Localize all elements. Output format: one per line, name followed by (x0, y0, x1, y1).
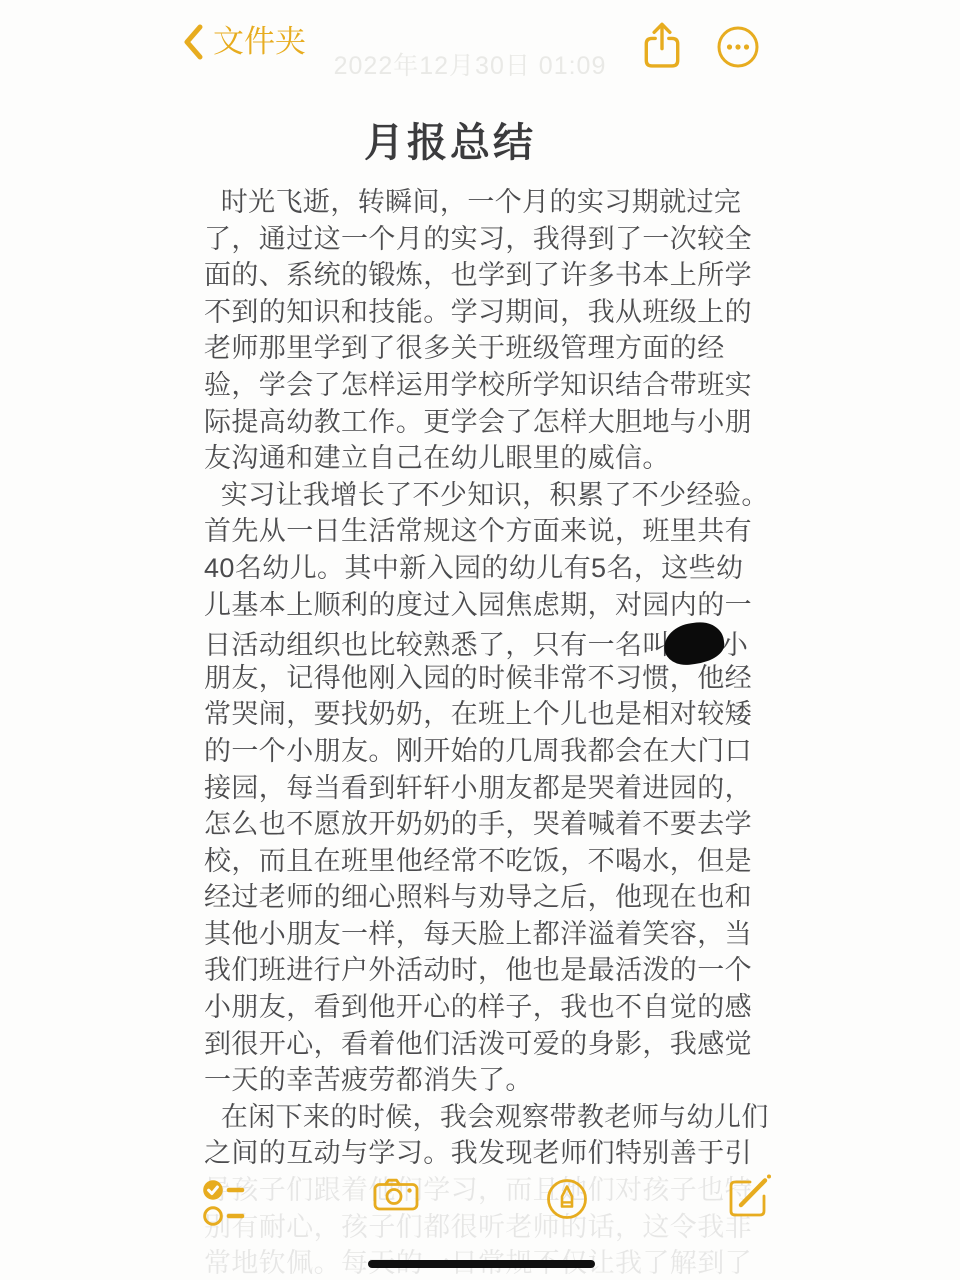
checklist-icon (202, 1178, 248, 1228)
body-line: 常哭闹，要找奶奶，在班上个儿也是相对较矮 (204, 696, 804, 733)
home-indicator[interactable] (368, 1260, 595, 1268)
markup-icon (546, 1178, 588, 1220)
body-line: 小朋友，看到他开心的样子，我也不自觉的感 (204, 989, 804, 1026)
body-line: 日活动组织也比较熟悉了，只有一名叫小 (204, 623, 804, 660)
body-line: 校，而且在班里他经常不吃饭，不喝水，但是 (204, 843, 804, 880)
body-line: 的一个小朋友。刚开始的几周我都会在大门口 (204, 733, 804, 770)
body-line: 际提高幼教工作。更学会了怎样大胆地与小朋 (204, 404, 804, 441)
body-line: 朋友，记得他刚入园的时候非常不习惯，他经 (204, 660, 804, 697)
body-line: 别有耐心，孩子们都很听老师的话，这令我非 (204, 1209, 804, 1246)
body-line: 验，学会了怎样运用学校所学知识结合带班实 (204, 367, 804, 404)
body-line: 怎么也不愿放开奶奶的手，哭着喊着不要去学 (204, 806, 804, 843)
body-line: 实习让我增长了不少知识，积累了不少经验。 (204, 477, 804, 514)
checklist-button[interactable] (202, 1178, 248, 1228)
body-line: 经过老师的细心照料与劝导之后，他现在也和 (204, 879, 804, 916)
body-line: 了，通过这一个月的实习，我得到了一次较全 (204, 221, 804, 258)
body-line: 不到的知识和技能。学习期间，我从班级上的 (204, 294, 804, 331)
body-line: 面的、系统的锻炼，也学到了许多书本上所学 (204, 257, 804, 294)
body-line: 儿基本上顺利的度过入园焦虑期，对园内的一 (204, 587, 804, 624)
body-line: 我们班进行户外活动时，他也是最活泼的一个 (204, 952, 804, 989)
body-line: 老师那里学到了很多关于班级管理方面的经 (204, 330, 804, 367)
note-body[interactable]: 时光飞逝，转瞬间，一个月的实习期就过完了，通过这一个月的实习，我得到了一次较全面… (204, 184, 804, 1280)
body-line: 首先从一日生活常规这个方面来说，班里共有 (204, 513, 804, 550)
body-line: 40名幼儿。其中新入园的幼儿有5名，这些幼 (204, 550, 804, 587)
note-title: 月报总结 (0, 111, 900, 168)
body-line: 友沟通和建立自己在幼儿眼里的威信。 (204, 440, 804, 477)
body-line: 其他小朋友一样，每天脸上都洋溢着笑容，当 (204, 916, 804, 953)
body-line: 导孩子们跟着他们学习，而且她们对孩子也特 (204, 1172, 804, 1209)
body-line: 到很开心，看着他们活泼可爱的身影，我感觉 (204, 1026, 804, 1063)
body-line: 时光飞逝，转瞬间，一个月的实习期就过完 (204, 184, 804, 221)
camera-icon (373, 1178, 419, 1211)
compose-icon (724, 1172, 772, 1220)
body-line: 接园，每当看到轩轩小朋友都是哭着进园的， (204, 770, 804, 807)
compose-button[interactable] (724, 1172, 772, 1220)
note-date: 2022年12月30日 01:09 (0, 46, 940, 82)
notes-app-screen: 文件夹 2022年12月30日 01:09 月报总结 时光飞逝，转瞬间，一个月的… (0, 0, 960, 1280)
body-line: 之间的互动与学习。我发现老师们特别善于引 (204, 1135, 804, 1172)
camera-button[interactable] (373, 1178, 419, 1211)
markup-button[interactable] (546, 1178, 588, 1220)
body-line: 在闲下来的时候，我会观察带教老师与幼儿们 (204, 1099, 804, 1136)
body-line: 一天的幸苦疲劳都消失了。 (204, 1062, 804, 1099)
